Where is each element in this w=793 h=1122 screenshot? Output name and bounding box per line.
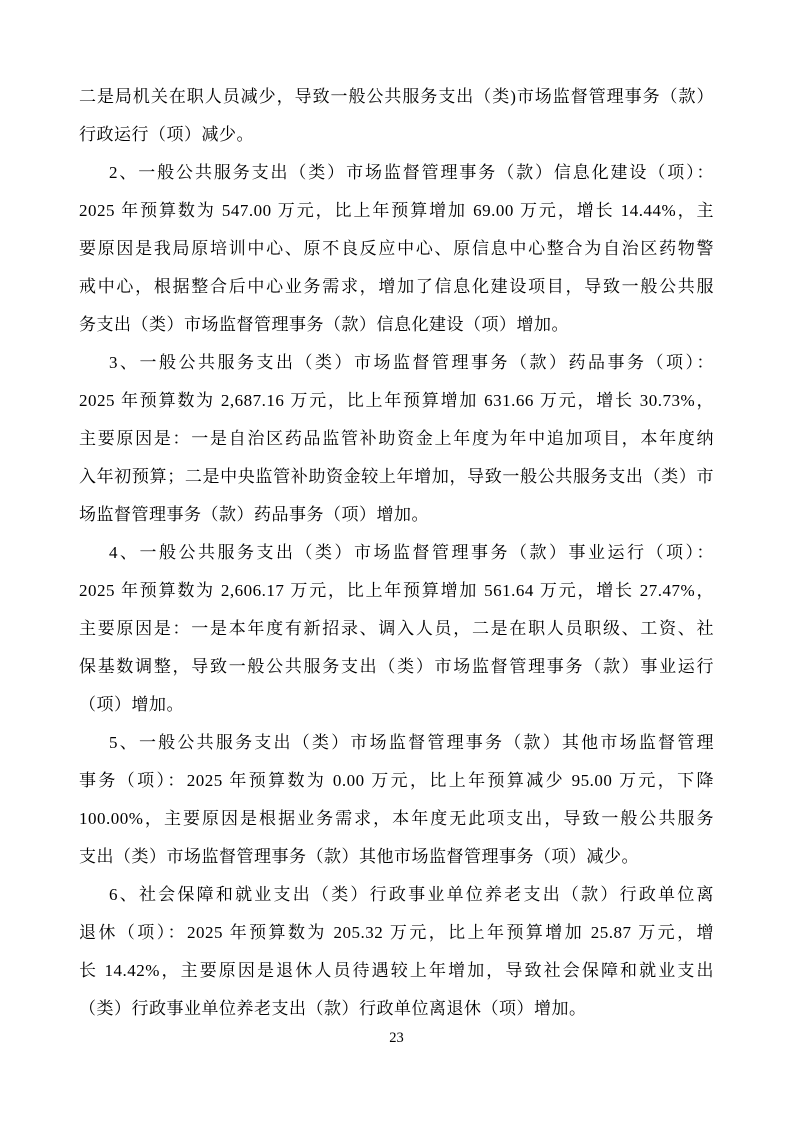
text-line: 6、社会保障和就业支出（类）行政事业单位养老支出（款）行政单位离 — [79, 876, 714, 914]
text-line: 要原因是我局原培训中心、原不良反应中心、原信息中心整合为自治区药物警 — [79, 230, 714, 268]
text-line: 3、一般公共服务支出（类）市场监督管理事务（款）药品事务（项）： — [79, 344, 714, 382]
document-lines: 二是局机关在职人员减少，导致一般公共服务支出（类)市场监督管理事务（款）行政运行… — [79, 78, 714, 1028]
text-line: 务支出（类）市场监督管理事务（款）信息化建设（项）增加。 — [79, 306, 714, 344]
text-line: 5、一般公共服务支出（类）市场监督管理事务（款）其他市场监督管理 — [79, 724, 714, 762]
text-line: 退休（项）：2025 年预算数为 205.32 万元，比上年预算增加 25.87… — [79, 914, 714, 952]
text-line: 二是局机关在职人员减少，导致一般公共服务支出（类)市场监督管理事务（款） — [79, 78, 714, 116]
text-line: （类）行政事业单位养老支出（款）行政单位离退休（项）增加。 — [79, 990, 714, 1028]
text-line: 2、一般公共服务支出（类）市场监督管理事务（款）信息化建设（项）： — [79, 154, 714, 192]
text-line: 事务（项）：2025 年预算数为 0.00 万元，比上年预算减少 95.00 万… — [79, 762, 714, 800]
text-line: 2025 年预算数为 2,606.17 万元，比上年预算增加 561.64 万元… — [79, 572, 714, 610]
text-line: 场监督管理事务（款）药品事务（项）增加。 — [79, 496, 714, 534]
text-line: （项）增加。 — [79, 686, 714, 724]
text-line: 4、一般公共服务支出（类）市场监督管理事务（款）事业运行（项）： — [79, 534, 714, 572]
text-line: 入年初预算；二是中央监管补助资金较上年增加，导致一般公共服务支出（类）市 — [79, 458, 714, 496]
text-line: 长 14.42%，主要原因是退休人员待遇较上年增加，导致社会保障和就业支出 — [79, 952, 714, 990]
document-page: 二是局机关在职人员减少，导致一般公共服务支出（类)市场监督管理事务（款）行政运行… — [0, 0, 793, 1122]
page-number: 23 — [0, 1028, 793, 1048]
text-line: 支出（类）市场监督管理事务（款）其他市场监督管理事务（项）减少。 — [79, 838, 714, 876]
text-line: 100.00%，主要原因是根据业务需求，本年度无此项支出，导致一般公共服务 — [79, 800, 714, 838]
text-line: 保基数调整，导致一般公共服务支出（类）市场监督管理事务（款）事业运行 — [79, 648, 714, 686]
text-line: 主要原因是：一是本年度有新招录、调入人员，二是在职人员职级、工资、社 — [79, 610, 714, 648]
text-line: 2025 年预算数为 2,687.16 万元，比上年预算增加 631.66 万元… — [79, 382, 714, 420]
text-line: 2025 年预算数为 547.00 万元，比上年预算增加 69.00 万元，增长… — [79, 192, 714, 230]
text-line: 主要原因是：一是自治区药品监管补助资金上年度为年中追加项目，本年度纳 — [79, 420, 714, 458]
text-line: 戒中心，根据整合后中心业务需求，增加了信息化建设项目，导致一般公共服 — [79, 268, 714, 306]
text-line: 行政运行（项）减少。 — [79, 116, 714, 154]
